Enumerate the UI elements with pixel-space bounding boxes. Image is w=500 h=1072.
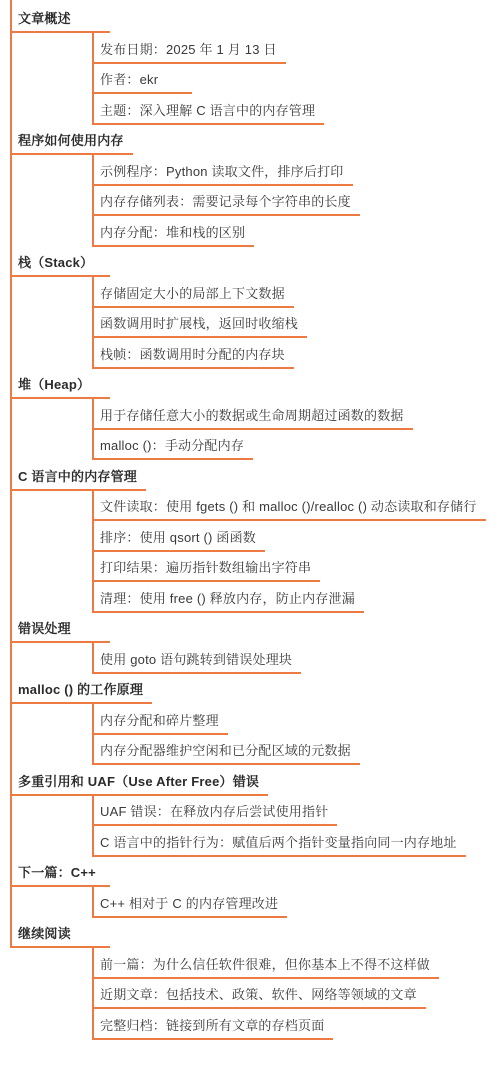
branch-label: C 语言中的内存管理 xyxy=(10,466,146,491)
branch-label: 多重引用和 UAF（Use After Free）错误 xyxy=(10,771,268,796)
leaf-label: 文件读取：使用 fgets () 和 malloc ()/realloc () … xyxy=(92,496,486,521)
leaf-label: 主题：深入理解 C 语言中的内存管理 xyxy=(92,100,324,125)
leaf-label: 前一篇：为什么信任软件很难，但你基本上不得不这样做 xyxy=(92,954,439,979)
branch-connector-line xyxy=(92,153,94,247)
leaf-label: 内存分配：堆和栈的区别 xyxy=(92,222,254,247)
branch-connector-line xyxy=(92,641,94,674)
branch-label: 文章概述 xyxy=(10,8,110,33)
branch-label: 堆（Heap） xyxy=(10,374,110,399)
mindmap-canvas: 文章概述发布日期：2025 年 1 月 13 日作者：ekr主题：深入理解 C … xyxy=(0,0,500,1072)
leaf-label: 内存存储列表：需要记录每个字符串的长度 xyxy=(92,191,360,216)
branch-connector-line xyxy=(92,31,94,125)
branch-connector-line xyxy=(92,885,94,918)
leaf-label: 发布日期：2025 年 1 月 13 日 xyxy=(92,39,286,64)
leaf-label: 函数调用时扩展栈，返回时收缩栈 xyxy=(92,313,307,338)
leaf-label: 完整归档：链接到所有文章的存档页面 xyxy=(92,1015,333,1040)
branch-connector-line xyxy=(92,489,94,613)
branch-connector-line xyxy=(92,946,94,1040)
branch-connector-line xyxy=(92,702,94,765)
branch-label: 下一篇：C++ xyxy=(10,862,110,887)
branch-connector-line xyxy=(92,275,94,369)
leaf-label: 用于存储任意大小的数据或生命周期超过函数的数据 xyxy=(92,405,413,430)
leaf-label: 近期文章：包括技术、政策、软件、网络等领域的文章 xyxy=(92,984,426,1009)
leaf-label: 内存分配器维护空闲和已分配区域的元数据 xyxy=(92,740,360,765)
leaf-label: C 语言中的指针行为：赋值后两个指针变量指向同一内存地址 xyxy=(92,832,466,857)
leaf-label: 排序：使用 qsort () 函函数 xyxy=(92,527,265,552)
leaf-label: 作者：ekr xyxy=(92,69,192,94)
leaf-label: 清理：使用 free () 释放内存，防止内存泄漏 xyxy=(92,588,364,613)
branch-label: 错误处理 xyxy=(10,618,110,643)
leaf-label: 存储固定大小的局部上下文数据 xyxy=(92,283,294,308)
branch-label: malloc () 的工作原理 xyxy=(10,679,152,704)
leaf-label: 内存分配和碎片整理 xyxy=(92,710,228,735)
leaf-label: UAF 错误：在释放内存后尝试使用指针 xyxy=(92,801,337,826)
leaf-label: 示例程序：Python 读取文件，排序后打印 xyxy=(92,161,353,186)
branch-connector-line xyxy=(92,794,94,857)
branch-label: 继续阅读 xyxy=(10,923,110,948)
branch-connector-line xyxy=(92,397,94,460)
branch-label: 栈（Stack） xyxy=(10,252,110,277)
leaf-label: 栈帧：函数调用时分配的内存块 xyxy=(92,344,294,369)
leaf-label: 打印结果：遍历指针数组输出字符串 xyxy=(92,557,320,582)
leaf-label: C++ 相对于 C 的内存管理改进 xyxy=(92,893,287,918)
leaf-label: 使用 goto 语句跳转到错误处理块 xyxy=(92,649,301,674)
root-spine-line xyxy=(10,0,12,948)
branch-label: 程序如何使用内存 xyxy=(10,130,133,155)
leaf-label: malloc ()：手动分配内存 xyxy=(92,435,253,460)
